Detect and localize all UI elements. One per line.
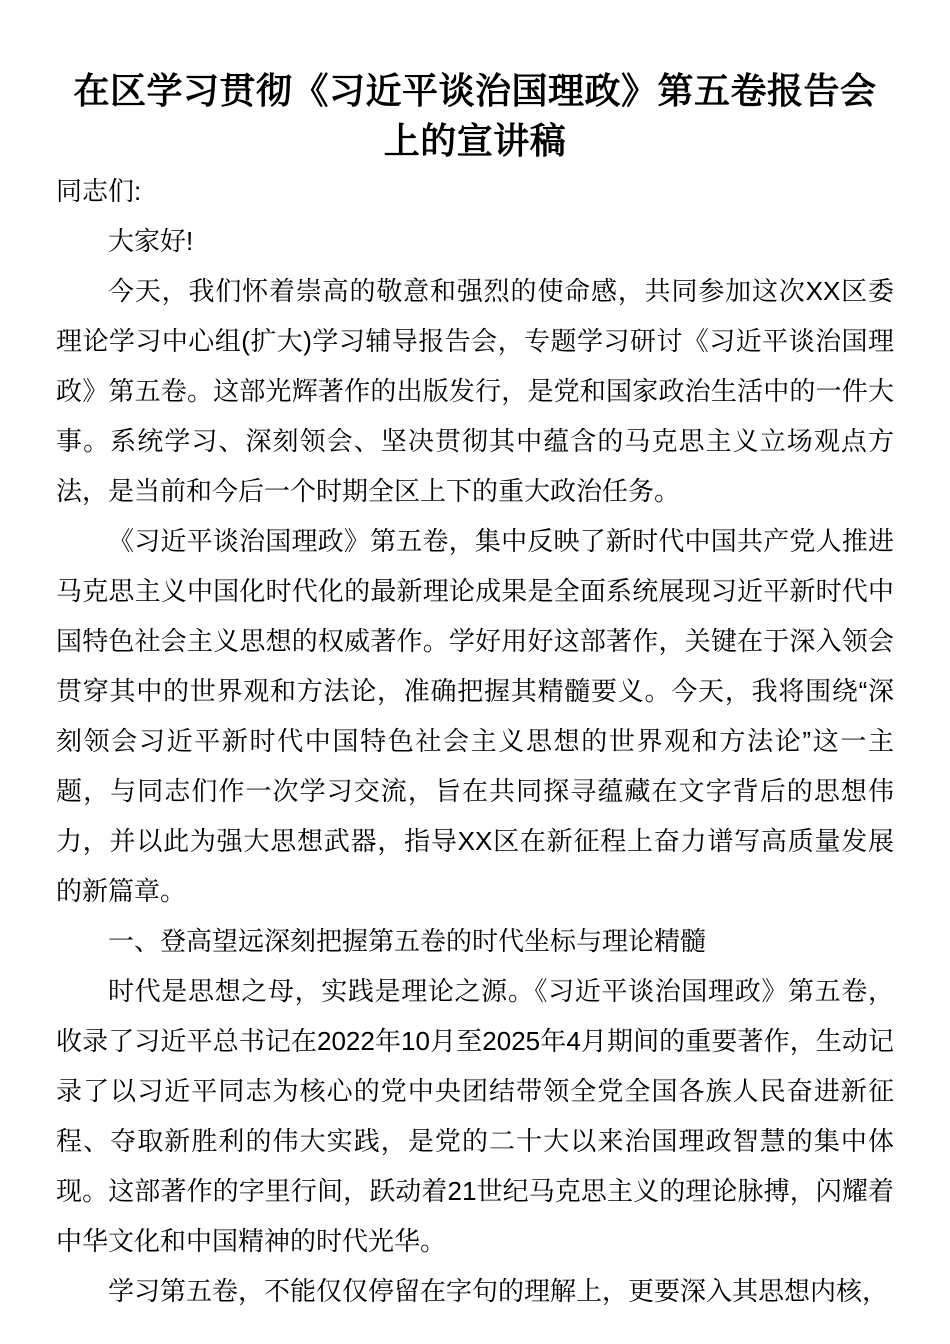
salutation-line: 同志们: (56, 166, 894, 216)
paragraph-section1-continued: 学习第五卷，不能仅仅停留在字句的理解上，更要深入其思想内核， (56, 1266, 894, 1316)
document-body: 同志们: 大家好! 今天，我们怀着崇高的敬意和强烈的使命感，共同参加这次XX区委… (56, 166, 894, 1316)
document-page: 在区学习贯彻《习近平谈治国理政》第五卷报告会上的宣讲稿 同志们: 大家好! 今天… (0, 0, 950, 1344)
document-title: 在区学习贯彻《习近平谈治国理政》第五卷报告会上的宣讲稿 (56, 66, 894, 166)
section-heading-1: 一、登高望远深刻把握第五卷的时代坐标与理论精髓 (56, 916, 894, 966)
paragraph-theme: 《习近平谈治国理政》第五卷，集中反映了新时代中国共产党人推进马克思主义中国化时代… (56, 516, 894, 916)
greeting-line: 大家好! (56, 216, 894, 266)
paragraph-intro: 今天，我们怀着崇高的敬意和强烈的使命感，共同参加这次XX区委理论学习中心组(扩大… (56, 266, 894, 516)
paragraph-section1-body: 时代是思想之母，实践是理论之源。《习近平谈治国理政》第五卷，收录了习近平总书记在… (56, 966, 894, 1266)
